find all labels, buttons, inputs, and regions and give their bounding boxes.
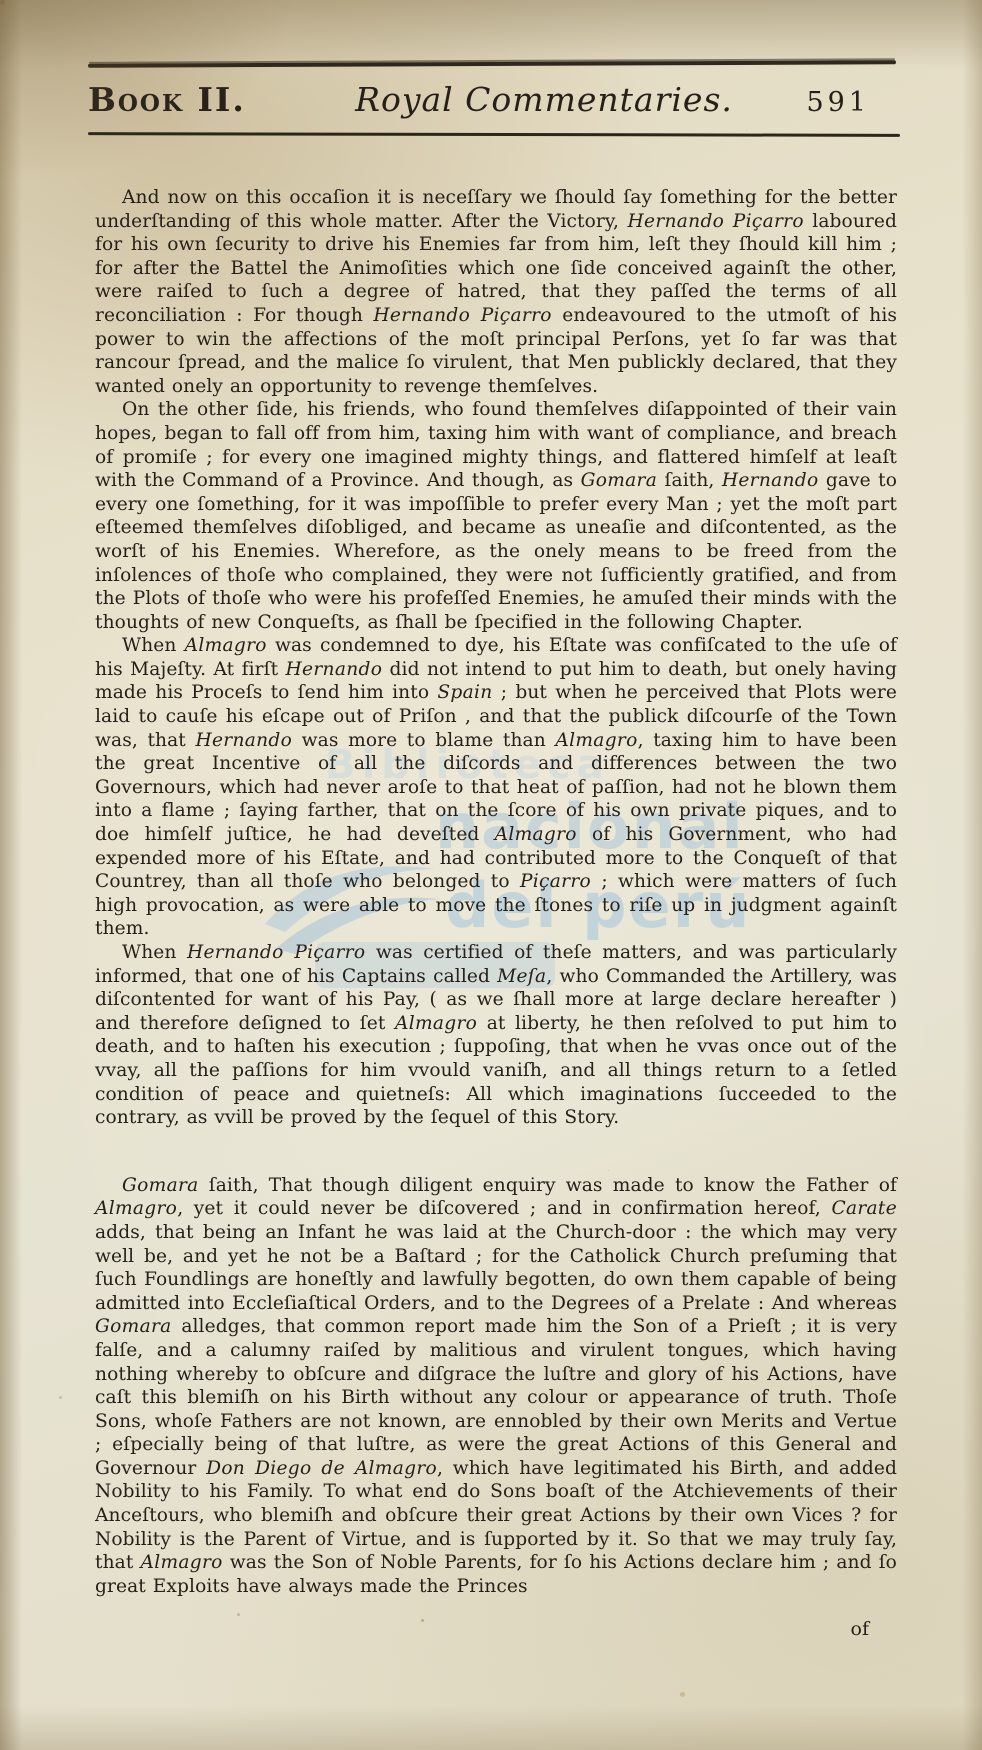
paragraph: When Almagro was condemned to dye, his E…: [95, 634, 897, 941]
body-text: And now on this occaſion it is neceſſary…: [95, 186, 897, 1598]
body-text-run: gave to every one ſomething, for it was …: [95, 470, 897, 633]
paragraph: On the other ſide, his friends, who foun…: [95, 398, 897, 634]
page-number: 591: [760, 87, 898, 118]
italic-name: Gomara: [122, 1175, 199, 1196]
italic-name: Almagro: [555, 730, 637, 751]
italic-name: Hernando: [286, 659, 383, 680]
italic-name: Hernando Piçarro: [628, 211, 804, 232]
italic-name: Almagro: [141, 1552, 223, 1573]
italic-name: Almagro: [395, 1013, 477, 1034]
italic-name: Gomara: [95, 1316, 172, 1337]
italic-name: Almagro: [495, 824, 577, 845]
body-text-run: When: [122, 942, 187, 963]
italic-name: Hernando Piçarro: [373, 305, 551, 326]
body-text-run: alledges, that common report made him th…: [95, 1316, 897, 1479]
catchword: of: [95, 1618, 897, 1640]
italic-name: Piçarro: [520, 871, 591, 892]
italic-name: Hernando: [195, 730, 292, 751]
header-top-rule: [88, 60, 896, 68]
book-page: Book II. Royal Commentaries. 591 And now…: [0, 0, 982, 1750]
body-text-run: was more to blame than: [292, 730, 555, 751]
body-text-run: adds, that being an Infant he was laid a…: [95, 1222, 897, 1314]
paragraph: Gomara ſaith, That though diligent enqui…: [95, 1174, 897, 1599]
body-text-run: , yet it could never be diſcovered ; and…: [177, 1198, 831, 1219]
italic-name: Meſa: [497, 966, 546, 987]
running-head: Book II. Royal Commentaries. 591: [88, 80, 898, 124]
italic-name: Hernando: [722, 470, 819, 491]
italic-name: Almagro: [95, 1198, 177, 1219]
body-text-run: ſaith,: [657, 470, 722, 491]
italic-name: Don Diego de Almagro: [206, 1458, 437, 1479]
italic-name: Spain: [437, 682, 492, 703]
paragraph: When Hernando Piçarro was certified of t…: [95, 941, 897, 1130]
running-title: Royal Commentaries.: [328, 80, 760, 119]
paragraph: And now on this occaſion it is neceſſary…: [95, 186, 897, 398]
italic-name: Almagro: [185, 635, 267, 656]
body-text-run: ſaith, That though diligent enquiry was …: [199, 1175, 897, 1196]
body-text-run: When: [122, 635, 185, 656]
italic-name: Gomara: [581, 470, 658, 491]
header-bottom-rule: [88, 132, 900, 137]
book-label: Book II.: [88, 80, 328, 119]
italic-name: Hernando Piçarro: [187, 942, 365, 963]
italic-name: Carate: [831, 1198, 897, 1219]
page-header: Book II. Royal Commentaries. 591: [88, 62, 898, 136]
